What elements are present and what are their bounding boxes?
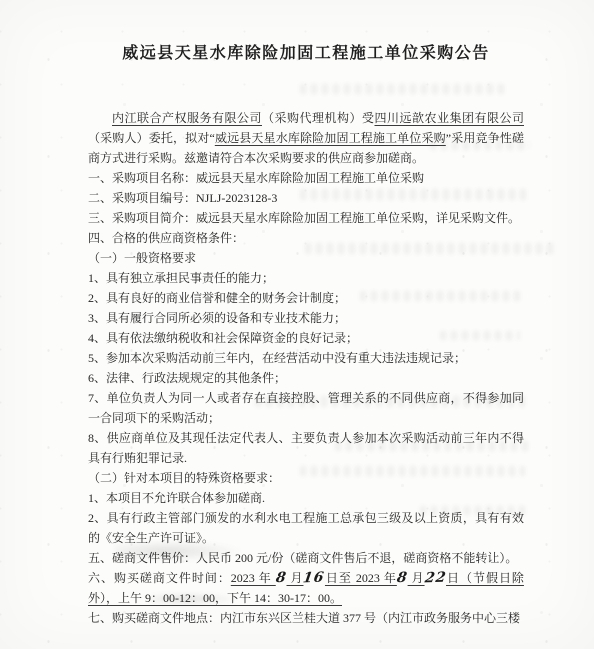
clause-general-req-5: 5、参加本次采购活动前三年内，在经营活动中没有重大违法违规记录；	[88, 348, 524, 368]
date-text: 2023 年	[231, 571, 276, 585]
clause-document-price: 五、磋商文件售价：人民币 200 元/份（磋商文件售后不退，磋商资格不能转让）。	[88, 548, 524, 568]
clause-qualification-heading: 四、合格的供应商资格条件：	[88, 228, 524, 248]
clause-project-number: 二、采购项目编号：NJLJ-2023128-3	[88, 188, 524, 208]
handwritten-day: 22	[424, 572, 447, 585]
clause-document-sale-location: 七、购买磋商文件地点：内江市东兴区兰桂大道 377 号（内江市政务服务中心三楼	[88, 608, 524, 628]
scanned-procurement-notice-page: 威远县天星水库除险加固工程施工单位采购公告 内江联合产权服务有限公司（采购代理机…	[0, 0, 594, 649]
clause-special-req-1: 1、本项目不允许联合体参加磋商.	[88, 488, 524, 508]
date-text: 月	[408, 571, 425, 585]
date-text: 日至 2023 年	[325, 571, 397, 585]
clause-general-req-1: 1、具有独立承担民事责任的能力；	[88, 268, 524, 288]
intro-paragraph: 内江联合产权服务有限公司（采购代理机构）受四川远歆农业集团有限公司（采购人）委托…	[88, 108, 524, 168]
clause-general-req-2: 2、具有良好的商业信誉和健全的财务会计制度；	[88, 288, 524, 308]
clause-project-name: 一、采购项目名称：威远县天星水库除险加固工程施工单位采购	[88, 168, 524, 188]
date-text: 月	[287, 571, 304, 585]
agency-name: 内江联合产权服务有限公司	[112, 111, 262, 125]
document-body: 威远县天星水库除险加固工程施工单位采购公告 内江联合产权服务有限公司（采购代理机…	[88, 44, 524, 628]
clause-general-req-8: 8、供应商单位及其现任法定代表人、主要负责人参加本次采购活动前三年内不得具有行贿…	[88, 428, 524, 468]
clause-document-sale-time: 六、购买磋商文件时间：2023 年 8 月16日至 2023 年8 月22日（节…	[88, 568, 524, 608]
clause-general-req-4: 4、具有依法缴纳税收和社会保障资金的良好记录；	[88, 328, 524, 348]
clause-general-req-6: 6、法律、行政法规规定的其他条件；	[88, 368, 524, 388]
clause-special-req-2: 2、具有行政主管部门颁发的水利水电工程施工总承包三级及以上资质，具有有效的《安全…	[88, 508, 524, 548]
clause-project-brief: 三、采购项目简介：威远县天星水库除险加固工程施工单位采购，详见采购文件。	[88, 208, 524, 228]
project-name: 威远县天星水库除险加固工程施工单位采购	[215, 131, 446, 145]
clause-general-req-heading: （一）一般资格要求	[88, 248, 524, 268]
purchaser-name: 四川远歆农业集团有限公司	[374, 111, 524, 125]
clause-general-req-3: 3、具有履行合同所必须的设备和专业技术能力；	[88, 308, 524, 328]
clause-special-req-heading: （二）针对本项目的特殊资格要求：	[88, 468, 524, 488]
intro-text: （采购代理机构）受	[262, 111, 375, 125]
intro-text: （采购人）委托，拟对“	[88, 131, 215, 145]
sale-time-label: 六、购买磋商文件时间：	[88, 571, 231, 585]
document-title: 威远县天星水库除险加固工程施工单位采购公告	[88, 44, 524, 64]
handwritten-day: 16	[303, 572, 326, 585]
handwritten-month: 8	[396, 572, 409, 584]
handwritten-month: 8	[275, 572, 288, 584]
clause-general-req-7: 7、单位负责人为同一人或者存在直接控股、管理关系的不同供应商，不得参加同一合同项…	[88, 388, 524, 428]
